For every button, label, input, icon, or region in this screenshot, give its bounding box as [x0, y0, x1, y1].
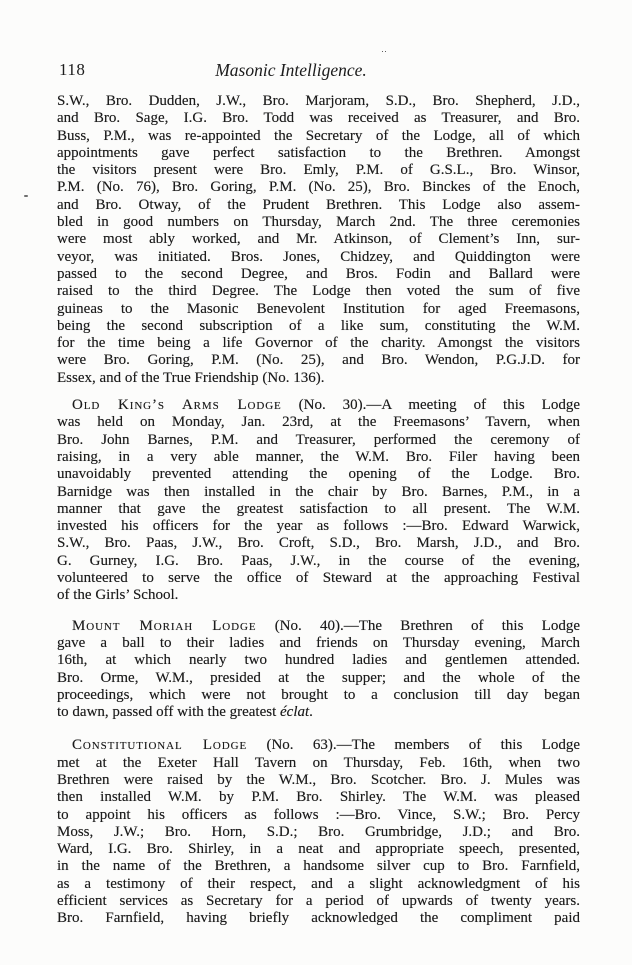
text-line: invested his officers for the year as fo…: [57, 518, 580, 535]
text-line: bled in good numbers on Thursday, March …: [57, 214, 580, 231]
text-line: Buss, P.M., was re-appointed the Secreta…: [57, 128, 580, 145]
text-line: to appoint his officers as follows :—Bro…: [57, 807, 580, 824]
text-line: proceedings, which were not brought to a…: [57, 687, 580, 704]
paragraph-lodge-officers: S.W., Bro. Dudden, J.W., Bro. Marjoram, …: [57, 93, 580, 387]
text-line: Constitutional Lodge (No. 63).—The membe…: [57, 737, 580, 754]
lodge-name-small-caps: Mount Moriah Lodge: [72, 618, 256, 634]
scanned-book-page: 118 Masonic Intelligence. ‥ S.W., Bro. D…: [0, 0, 632, 965]
text-line: then installed W.M. by P.M. Bro. Shirley…: [57, 789, 580, 806]
page-header: 118 Masonic Intelligence.: [57, 60, 580, 80]
text-line: unavoidably prevented attending the open…: [57, 466, 580, 483]
scan-artifact-speck: [24, 195, 28, 197]
text-line: as a testimony of their respect, and a s…: [57, 876, 580, 893]
text-line: being the second subscription of a like …: [57, 318, 580, 335]
text-line: met at the Exeter Hall Tavern on Thursda…: [57, 755, 580, 772]
running-title: Masonic Intelligence.: [57, 60, 525, 81]
text-line: veyor, was initiated. Bros. Jones, Chidz…: [57, 249, 580, 266]
text-span: to dawn, passed off with the greatest: [57, 704, 280, 720]
text-line: was held on Monday, Jan. 23rd, at the Fr…: [57, 414, 580, 431]
text-span: (No. 40).—The Brethren of this Lodge: [256, 618, 580, 634]
text-span: (No. 63).—The members of this Lodge: [247, 737, 580, 753]
lodge-name-small-caps: Old King’s Arms Lodge: [72, 397, 282, 413]
text-line: for the time being a life Governor of th…: [57, 335, 580, 352]
text-line: were Bro. Goring, P.M. (No. 25), and Bro…: [57, 352, 580, 369]
text-line: were most ably worked, and Mr. Atkinson,…: [57, 231, 580, 248]
italic-word: éclat: [280, 704, 309, 720]
text-line: and Bro. Otway, of the Prudent Brethren.…: [57, 197, 580, 214]
text-span: .: [309, 704, 313, 720]
text-line: G. Gurney, I.G. Bro. Paas, J.W., in the …: [57, 553, 580, 570]
lodge-name-small-caps: Constitutional Lodge: [72, 737, 247, 753]
scan-artifact-dots: ‥: [381, 44, 388, 55]
text-line: manner that gave the greatest satisfacti…: [57, 501, 580, 518]
paragraph-old-kings-arms-lodge: Old King’s Arms Lodge (No. 30).—A meetin…: [57, 397, 580, 605]
text-line: in the name of the Brethren, a handsome …: [57, 858, 580, 875]
text-line: passed to the second Degree, and Bros. F…: [57, 266, 580, 283]
text-line: 16th, at which nearly two hundred ladies…: [57, 652, 580, 669]
text-line: guineas to the Masonic Benevolent Instit…: [57, 301, 580, 318]
text-line: gave a ball to their ladies and friends …: [57, 635, 580, 652]
text-line: Bro. John Barnes, P.M. and Treasurer, pe…: [57, 432, 580, 449]
text-line: volunteered to serve the office of Stewa…: [57, 570, 580, 587]
text-line: efficient services as Secretary for a pe…: [57, 893, 580, 910]
text-line: P.M. (No. 76), Bro. Goring, P.M. (No. 25…: [57, 179, 580, 196]
text-line: Old King’s Arms Lodge (No. 30).—A meetin…: [57, 397, 580, 414]
text-line: to dawn, passed off with the greatest éc…: [57, 704, 580, 721]
text-line: the visitors present were Bro. Emly, P.M…: [57, 162, 580, 179]
text-line: Bro. Orme, W.M., presided at the supper;…: [57, 670, 580, 687]
text-line: Brethren were raised by the W.M., Bro. S…: [57, 772, 580, 789]
text-line: of the Girls’ School.: [57, 587, 580, 604]
text-line: Mount Moriah Lodge (No. 40).—The Brethre…: [57, 618, 580, 635]
text-line: Barnidge was then installed in the chair…: [57, 484, 580, 501]
text-line: Moss, J.W.; Bro. Horn, S.D.; Bro. Grumbr…: [57, 824, 580, 841]
paragraph-mount-moriah-lodge: Mount Moriah Lodge (No. 40).—The Brethre…: [57, 618, 580, 722]
text-line: raised to the third Degree. The Lodge th…: [57, 283, 580, 300]
text-line: and Bro. Sage, I.G. Bro. Todd was receiv…: [57, 110, 580, 127]
text-line: S.W., Bro. Dudden, J.W., Bro. Marjoram, …: [57, 93, 580, 110]
text-line: appointments gave perfect satisfaction t…: [57, 145, 580, 162]
text-span: (No. 30).—A meeting of this Lodge: [282, 397, 580, 413]
text-line: Ward, I.G. Bro. Shirley, in a neat and a…: [57, 841, 580, 858]
paragraph-constitutional-lodge: Constitutional Lodge (No. 63).—The membe…: [57, 737, 580, 927]
text-block: S.W., Bro. Dudden, J.W., Bro. Marjoram, …: [57, 93, 580, 928]
text-line: raising, in a very able manner, the W.M.…: [57, 449, 580, 466]
text-line: Essex, and of the True Friendship (No. 1…: [57, 370, 580, 387]
text-line: Bro. Farnfield, having briefly acknowled…: [57, 910, 580, 927]
text-line: S.W., Bro. Paas, J.W., Bro. Croft, S.D.,…: [57, 535, 580, 552]
